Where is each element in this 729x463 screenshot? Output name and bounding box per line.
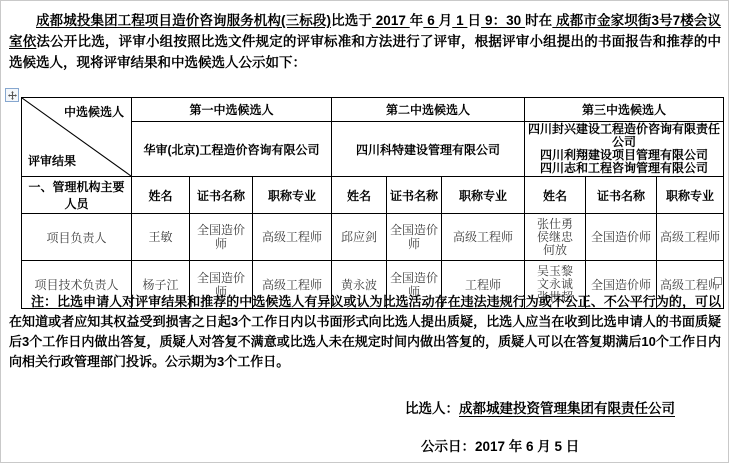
row-label-project-manager: 项目负责人 — [22, 214, 132, 261]
selector-company: 成都城建投资管理集团有限责任公司 — [459, 401, 675, 416]
col-header-title: 职称专业 — [253, 177, 332, 214]
cand2-pm-name: 邱应剑 — [332, 214, 387, 261]
intro-paragraph: 成都城投集团工程项目造价咨询服务机构(三标段)比选于 2017 年 6 月 1 … — [9, 10, 721, 73]
cand1-pm-title: 高级工程师 — [253, 214, 332, 261]
col-header-cert: 证书名称 — [190, 177, 253, 214]
evaluation-result-table: 中选候选人 评审结果 第一中选候选人 第二中选候选人 第三中选候选人 华审(北京… — [21, 97, 724, 309]
cand3-pm-cert: 全国造价师 — [586, 214, 657, 261]
intro-title-underlined: 成都城投集团工程项目造价咨询服务机构(三标段) — [36, 13, 331, 28]
candidate3-companies: 四川封兴建设工程造价咨询有限责任公司 四川利翔建设项目管理有限公司 四川志和工程… — [525, 122, 724, 177]
col-header-title: 职称专业 — [442, 177, 525, 214]
col-header-name: 姓名 — [332, 177, 387, 214]
candidate1-company: 华审(北京)工程造价咨询有限公司 — [132, 122, 332, 177]
date-month-blank: 6 — [423, 13, 438, 28]
cand2-pm-cert: 全国造价师 — [387, 214, 442, 261]
table-move-handle[interactable] — [5, 88, 19, 102]
col-header-title: 职称专业 — [657, 177, 724, 214]
candidate2-header: 第二中选候选人 — [332, 98, 525, 122]
candidate2-company: 四川科特建设管理有限公司 — [332, 122, 525, 177]
cand1-pm-cert: 全国造价师 — [190, 214, 253, 261]
col-header-cert: 证书名称 — [387, 177, 442, 214]
document-page: { "intro": { "segments": [ { "text": "成都… — [0, 0, 729, 463]
publish-date-line: 公示日：2017 年 6 月 5 日 — [421, 435, 579, 455]
selector-line: 比选人：成都城建投资管理集团有限责任公司 — [405, 397, 675, 417]
time-blank: 9：30 — [481, 13, 525, 28]
candidate3-header: 第三中选候选人 — [525, 98, 724, 122]
candidate1-header: 第一中选候选人 — [132, 98, 332, 122]
cand3-pm-names: 张仕勇 侯继忠 何放 — [525, 214, 586, 261]
date-day-blank: 1 — [452, 13, 467, 28]
cand3-pm-title: 高级工程师 — [657, 214, 724, 261]
col-header-name: 姓名 — [132, 177, 190, 214]
col-header-name: 姓名 — [525, 177, 586, 214]
date-year-blank: 2017 — [372, 13, 410, 28]
diagonal-label-candidates: 中选候选人 — [64, 103, 124, 120]
selector-label: 比选人： — [405, 401, 459, 416]
move-arrows-icon — [8, 91, 17, 100]
table-row: 项目负责人 王敏 全国造价师 高级工程师 邱应剑 全国造价师 高级工程师 张仕勇… — [22, 214, 724, 261]
col-header-cert: 证书名称 — [586, 177, 657, 214]
diagonal-label-result: 评审结果 — [28, 152, 76, 169]
note-paragraph: 注：比选申请人对评审结果和推荐的中选候选人有异议或认为比选活动存在违法违规行为或… — [9, 292, 721, 372]
table-resize-handle[interactable] — [714, 277, 722, 285]
cand2-pm-title: 高级工程师 — [442, 214, 525, 261]
section-label: 一、管理机构主要人员 — [22, 177, 132, 214]
diagonal-header-cell: 中选候选人 评审结果 — [22, 98, 132, 177]
cand1-pm-name: 王敏 — [132, 214, 190, 261]
